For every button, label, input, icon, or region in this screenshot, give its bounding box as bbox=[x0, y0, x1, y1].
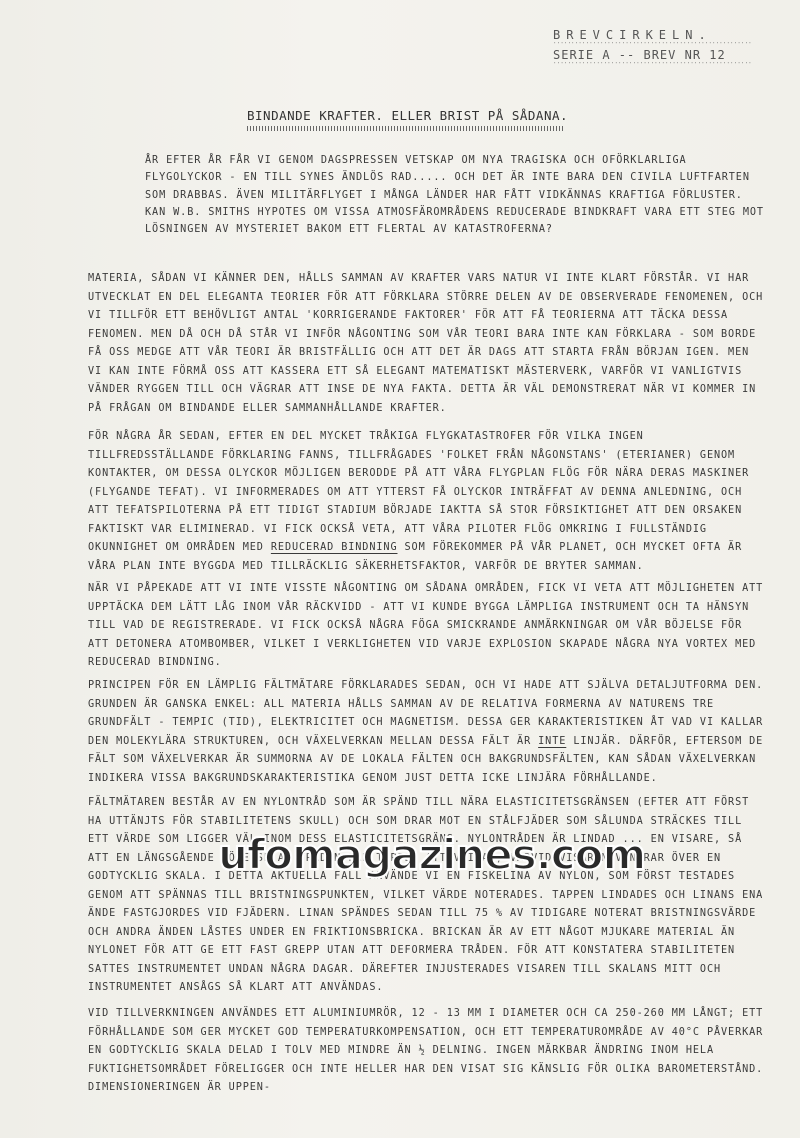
body-paragraph-5: Fältmätaren består av en nylontråd som ä… bbox=[88, 794, 768, 998]
paragraph-text: Fältmätaren består av en nylontråd som ä… bbox=[88, 794, 768, 998]
series-label: SERIE A -- BREV NR bbox=[553, 48, 701, 62]
underlined-word: inte bbox=[538, 736, 566, 747]
paragraph-text: För några år sedan, efter en del mycket … bbox=[88, 428, 768, 576]
publication-name: BREVCIRKELN. bbox=[553, 28, 753, 42]
underlined-phrase: reducerad bindning bbox=[271, 542, 398, 553]
paragraph-text: Principen för en lämplig fältmätare förk… bbox=[88, 677, 768, 788]
document-page: BREVCIRKELN. '''''''''''''''''''''''''''… bbox=[0, 0, 800, 1138]
body-paragraph-6: Vid tillverkningen användes ett aluminiu… bbox=[88, 1005, 768, 1098]
title-underline-rule bbox=[247, 126, 565, 131]
body-paragraph-3: När vi påpekade att vi inte visste någon… bbox=[88, 580, 768, 673]
paragraph-text: När vi påpekade att vi inte visste någon… bbox=[88, 580, 768, 673]
letter-number: 12 bbox=[709, 48, 725, 62]
masthead: BREVCIRKELN. '''''''''''''''''''''''''''… bbox=[553, 28, 753, 68]
paragraph-text: Materia, sådan vi känner den, hålls samm… bbox=[88, 270, 768, 418]
body-paragraph-2: För några år sedan, efter en del mycket … bbox=[88, 428, 768, 576]
article-title: BINDANDE KRAFTER. ELLER BRIST PÅ SÅDANA. bbox=[247, 108, 568, 123]
article-intro: År efter år får vi genom dagspressen vet… bbox=[145, 152, 765, 238]
paragraph-text-pre: För några år sedan, efter en del mycket … bbox=[88, 431, 749, 553]
watermark: ufomagazines.com bbox=[218, 830, 645, 879]
series-line: SERIE A -- BREV NR 12 bbox=[553, 48, 753, 62]
body-paragraph-1: Materia, sådan vi känner den, hålls samm… bbox=[88, 270, 768, 418]
body-paragraph-4: Principen för en lämplig fältmätare förk… bbox=[88, 677, 768, 788]
paragraph-text: Vid tillverkningen användes ett aluminiu… bbox=[88, 1005, 768, 1098]
masthead-rule-bottom: ''''''''''''''''''''''''''''''''''''''''… bbox=[553, 62, 753, 68]
